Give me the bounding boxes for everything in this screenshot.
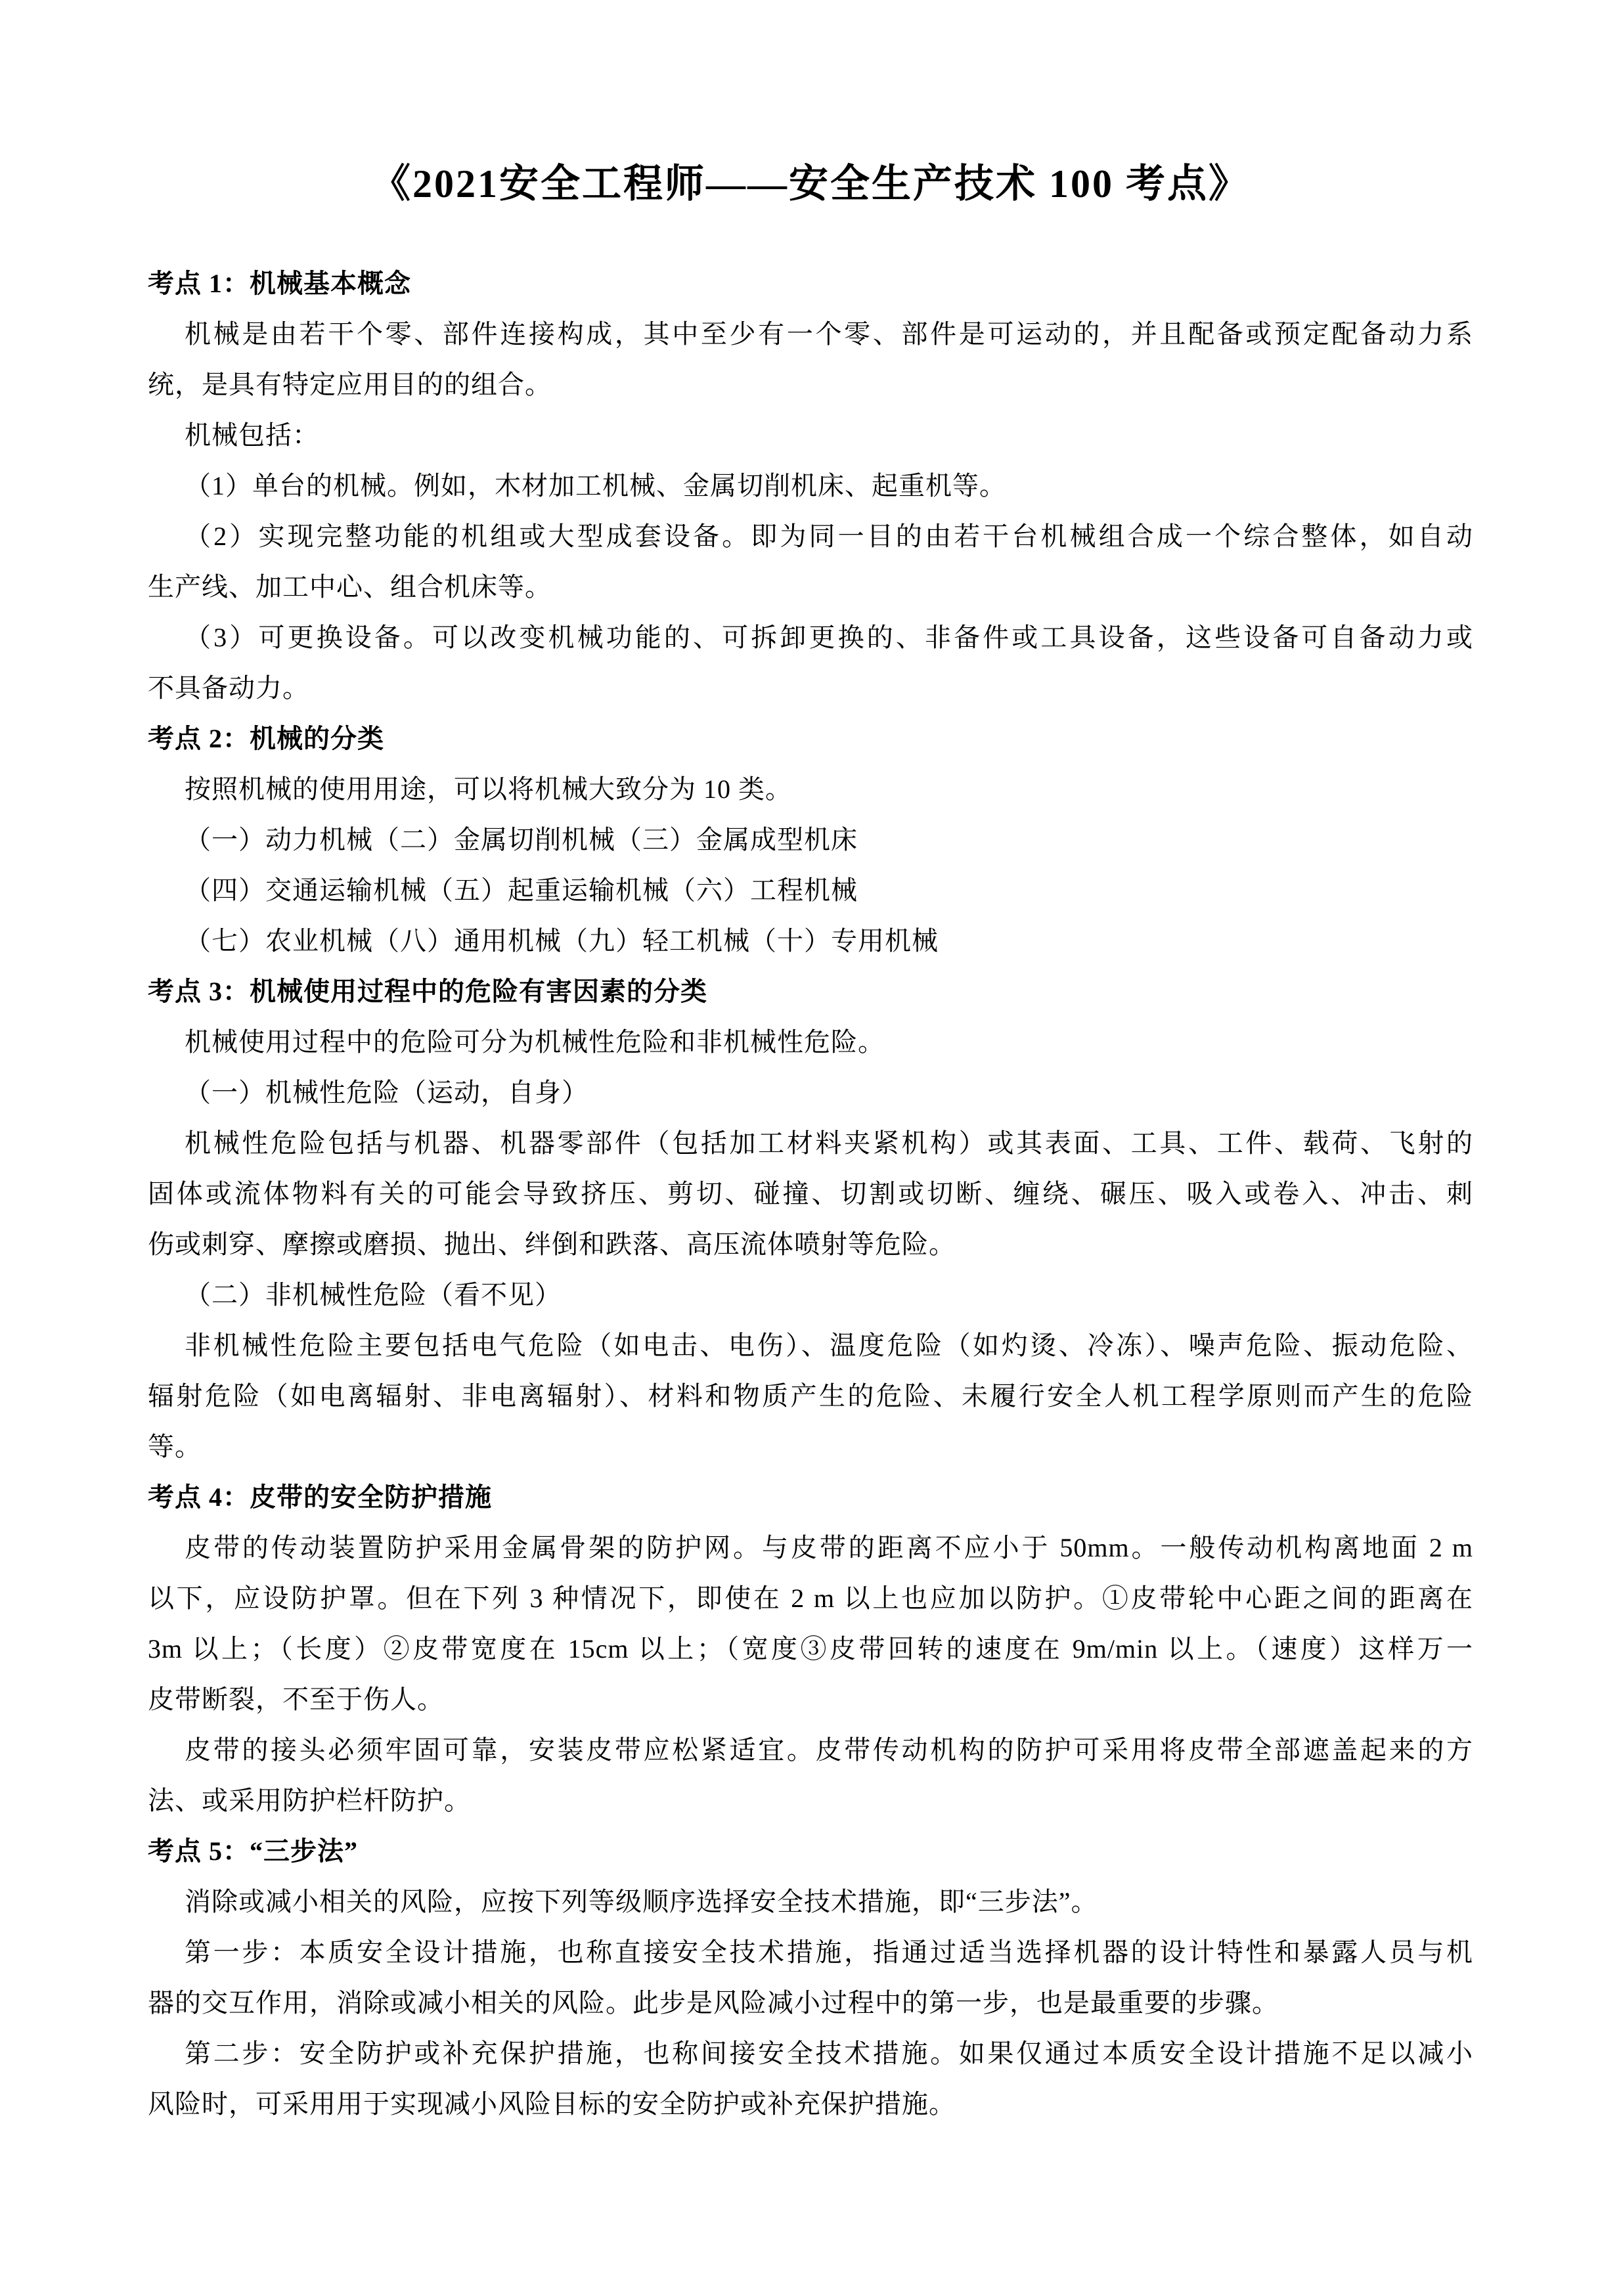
text-line: 固体或流体物料有关的可能会导致挤压、剪切、碰撞、切割或切断、缠绕、碾压、吸入或卷… [148,1168,1473,1219]
text-line: 皮带断裂，不至于伤人。 [148,1674,1473,1725]
text-line: 辐射危险（如电离辐射、非电离辐射）、材料和物质产生的危险、未履行安全人机工程学原… [148,1371,1473,1421]
document-title: 《2021安全工程师——安全生产技术 100 考点》 [0,154,1621,213]
text-line: 伤或刺穿、摩擦或磨损、抛出、绊倒和跌落、高压流体喷射等危险。 [148,1219,1473,1269]
text-line: （3）可更换设备。可以改变机械功能的、可拆卸更换的、非备件或工具设备，这些设备可… [148,612,1473,663]
section-heading: 考点 3：机械使用过程中的危险有害因素的分类 [148,966,1473,1017]
text-line: 机械使用过程中的危险可分为机械性危险和非机械性危险。 [148,1017,1473,1067]
section-heading: 考点 5：“三步法” [148,1826,1473,1876]
text-line: 法、或采用防护栏杆防护。 [148,1775,1473,1826]
text-line: 机械性危险包括与机器、机器零部件（包括加工材料夹紧机构）或其表面、工具、工件、载… [148,1118,1473,1168]
section-heading: 考点 4：皮带的安全防护措施 [148,1472,1473,1522]
text-line: 3m 以上；（长度）②皮带宽度在 15cm 以上；（宽度③皮带回转的速度在 9m… [148,1623,1473,1674]
document-page: 《2021安全工程师——安全生产技术 100 考点》 考点 1：机械基本概念机械… [0,0,1621,2296]
text-line: 非机械性危险主要包括电气危险（如电击、电伤）、温度危险（如灼烫、冷冻）、噪声危险… [148,1320,1473,1371]
text-line: 统，是具有特定应用目的的组合。 [148,359,1473,410]
text-line: 不具备动力。 [148,663,1473,713]
text-line: 以下，应设防护罩。但在下列 3 种情况下，即使在 2 m 以上也应加以防护。①皮… [148,1573,1473,1623]
text-line: 器的交互作用，消除或减小相关的风险。此步是风险减小过程中的第一步，也是最重要的步… [148,1977,1473,2028]
text-line: 机械是由若干个零、部件连接构成，其中至少有一个零、部件是可运动的，并且配备或预定… [148,309,1473,359]
text-line: （一）动力机械（二）金属切削机械（三）金属成型机床 [148,814,1473,865]
text-line: 第二步：安全防护或补充保护措施，也称间接安全技术措施。如果仅通过本质安全设计措施… [148,2028,1473,2079]
section-heading: 考点 2：机械的分类 [148,713,1473,764]
text-line: （2）实现完整功能的机组或大型成套设备。即为同一目的由若干台机械组合成一个综合整… [148,511,1473,562]
text-line: 皮带的传动装置防护采用金属骨架的防护网。与皮带的距离不应小于 50mm。一般传动… [148,1522,1473,1573]
text-line: 消除或减小相关的风险，应按下列等级顺序选择安全技术措施，即“三步法”。 [148,1876,1473,1927]
text-line: 按照机械的使用用途，可以将机械大致分为 10 类。 [148,764,1473,814]
text-line: （七）农业机械（八）通用机械（九）轻工机械（十）专用机械 [148,916,1473,966]
text-line: （一）机械性危险（运动，自身） [148,1067,1473,1118]
document-body: 考点 1：机械基本概念机械是由若干个零、部件连接构成，其中至少有一个零、部件是可… [148,258,1473,2129]
text-line: 机械包括： [148,410,1473,460]
text-line: （四）交通运输机械（五）起重运输机械（六）工程机械 [148,865,1473,916]
section-heading: 考点 1：机械基本概念 [148,258,1473,309]
text-line: （二）非机械性危险（看不见） [148,1269,1473,1320]
text-line: 等。 [148,1421,1473,1472]
text-line: 皮带的接头必须牢固可靠，安装皮带应松紧适宜。皮带传动机构的防护可采用将皮带全部遮… [148,1725,1473,1775]
text-line: （1）单台的机械。例如，木材加工机械、金属切削机床、起重机等。 [148,460,1473,511]
text-line: 第一步：本质安全设计措施，也称直接安全技术措施，指通过适当选择机器的设计特性和暴… [148,1927,1473,1977]
text-line: 生产线、加工中心、组合机床等。 [148,562,1473,612]
text-line: 风险时，可采用用于实现减小风险目标的安全防护或补充保护措施。 [148,2079,1473,2129]
